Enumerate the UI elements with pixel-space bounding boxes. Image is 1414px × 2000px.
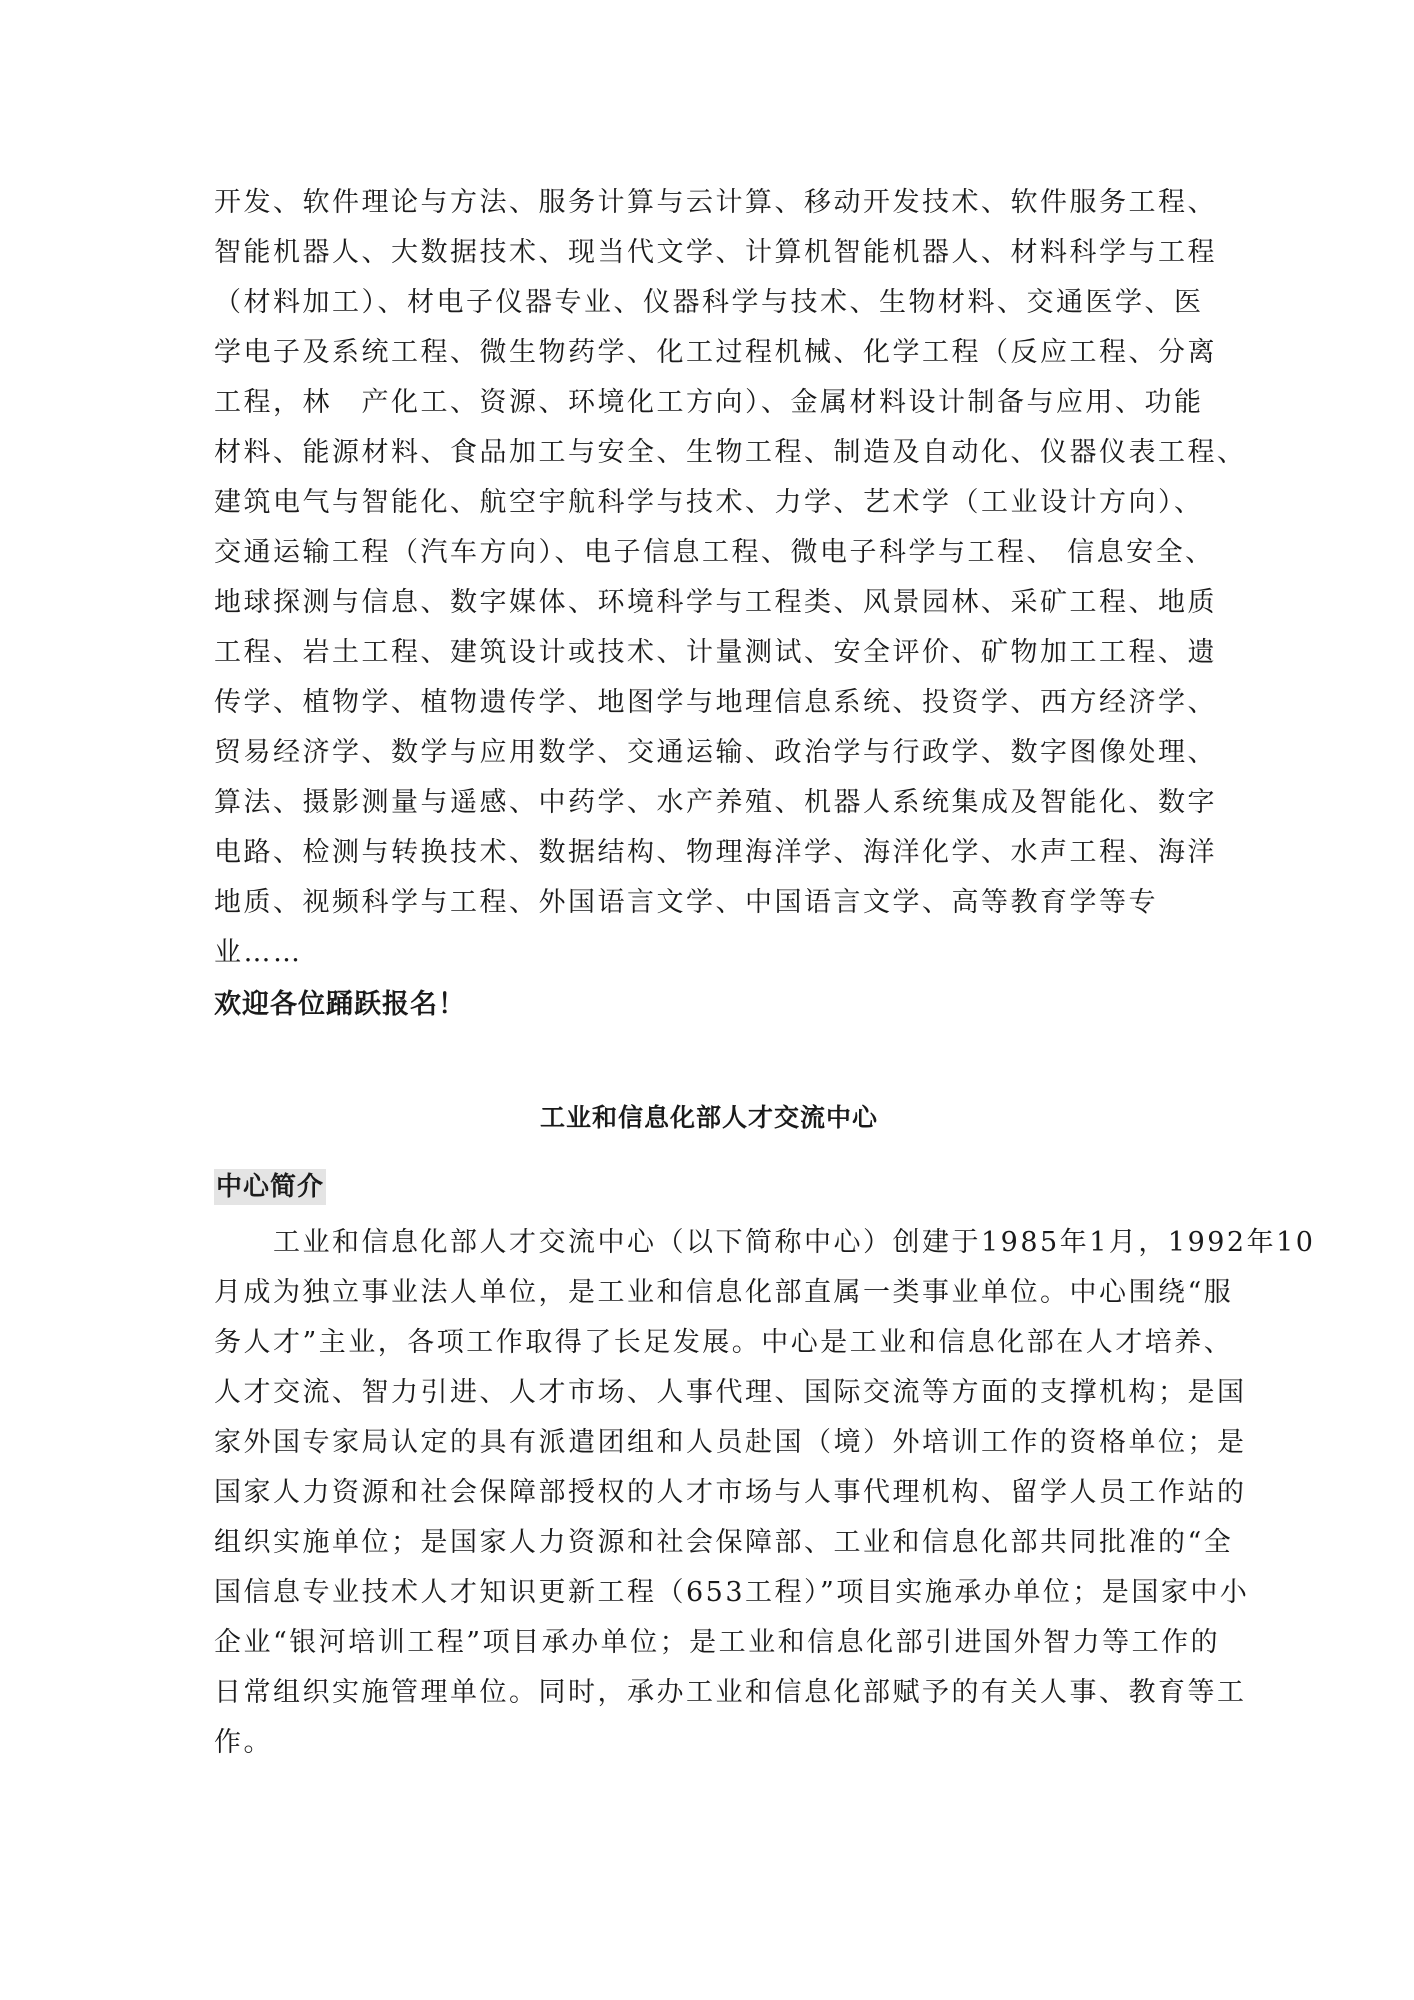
majors-line: 工程、岩土工程、建筑设计或技术、计量测试、安全评价、矿物加工工程、遗	[214, 633, 1217, 673]
majors-line: 地球探测与信息、数字媒体、环境科学与工程类、风景园林、采矿工程、地质	[214, 583, 1217, 623]
majors-line: 算法、摄影测量与遥感、中药学、水产养殖、机器人系统集成及智能化、数字	[214, 783, 1217, 823]
intro-line: 国家人力资源和社会保障部授权的人才市场与人事代理机构、留学人员工作站的	[214, 1473, 1247, 1513]
intro-line: 月成为独立事业法人单位，是工业和信息化部直属一类事业单位。中心围绕“服	[214, 1273, 1233, 1313]
intro-line: 人才交流、智力引进、人才市场、人事代理、国际交流等方面的支撑机构；是国	[214, 1373, 1247, 1413]
section-label: 中心简介	[214, 1169, 326, 1205]
majors-line: 智能机器人、大数据技术、现当代文学、计算机智能机器人、材料科学与工程	[214, 233, 1217, 273]
intro-line: 工业和信息化部人才交流中心（以下简称中心）创建于1985年1月，1992年10	[214, 1223, 1315, 1263]
majors-line: 地质、视频科学与工程、外国语言文学、中国语言文学、高等教育学等专	[214, 883, 1158, 923]
intro-line: 企业“银河培训工程”项目承办单位；是工业和信息化部引进国外智力等工作的	[214, 1623, 1220, 1663]
intro-line: 日常组织实施管理单位。同时，承办工业和信息化部赋予的有关人事、教育等工	[214, 1673, 1247, 1713]
welcome-text: 欢迎各位踊跃报名！	[214, 985, 466, 1025]
majors-line: （材料加工）、材电子仪器专业、仪器科学与技术、生物材料、交通医学、医	[214, 283, 1204, 323]
majors-line: 建筑电气与智能化、航空宇航科学与技术、力学、艺术学（工业设计方向）、	[214, 483, 1204, 523]
org-title: 工业和信息化部人才交流中心	[214, 1098, 1204, 1138]
majors-line: 业……	[214, 933, 303, 973]
majors-line: 学电子及系统工程、微生物药学、化工过程机械、化学工程（反应工程、分离	[214, 333, 1217, 373]
majors-line: 工程，林 产化工、资源、环境化工方向）、金属材料设计制备与应用、功能	[214, 383, 1204, 423]
intro-line: 作。	[214, 1723, 273, 1763]
majors-line: 开发、软件理论与方法、服务计算与云计算、移动开发技术、软件服务工程、	[214, 183, 1217, 223]
intro-line: 家外国专家局认定的具有派遣团组和人员赴国（境）外培训工作的资格单位；是	[214, 1423, 1247, 1463]
majors-line: 电路、检测与转换技术、数据结构、物理海洋学、海洋化学、水声工程、海洋	[214, 833, 1217, 873]
majors-line: 传学、植物学、植物遗传学、地图学与地理信息系统、投资学、西方经济学、	[214, 683, 1217, 723]
majors-line: 材料、能源材料、食品加工与安全、生物工程、制造及自动化、仪器仪表工程、	[214, 433, 1247, 473]
majors-line: 交通运输工程（汽车方向）、电子信息工程、微电子科学与工程、 信息安全、	[214, 533, 1215, 573]
intro-line: 组织实施单位；是国家人力资源和社会保障部、工业和信息化部共同批准的“全	[214, 1523, 1233, 1563]
intro-line: 务人才”主业，各项工作取得了长足发展。中心是工业和信息化部在人才培养、	[214, 1323, 1233, 1363]
majors-line: 贸易经济学、数学与应用数学、交通运输、政治学与行政学、数字图像处理、	[214, 733, 1217, 773]
intro-line: 国信息专业技术人才知识更新工程（653工程）”项目实施承办单位；是国家中小	[214, 1573, 1249, 1613]
